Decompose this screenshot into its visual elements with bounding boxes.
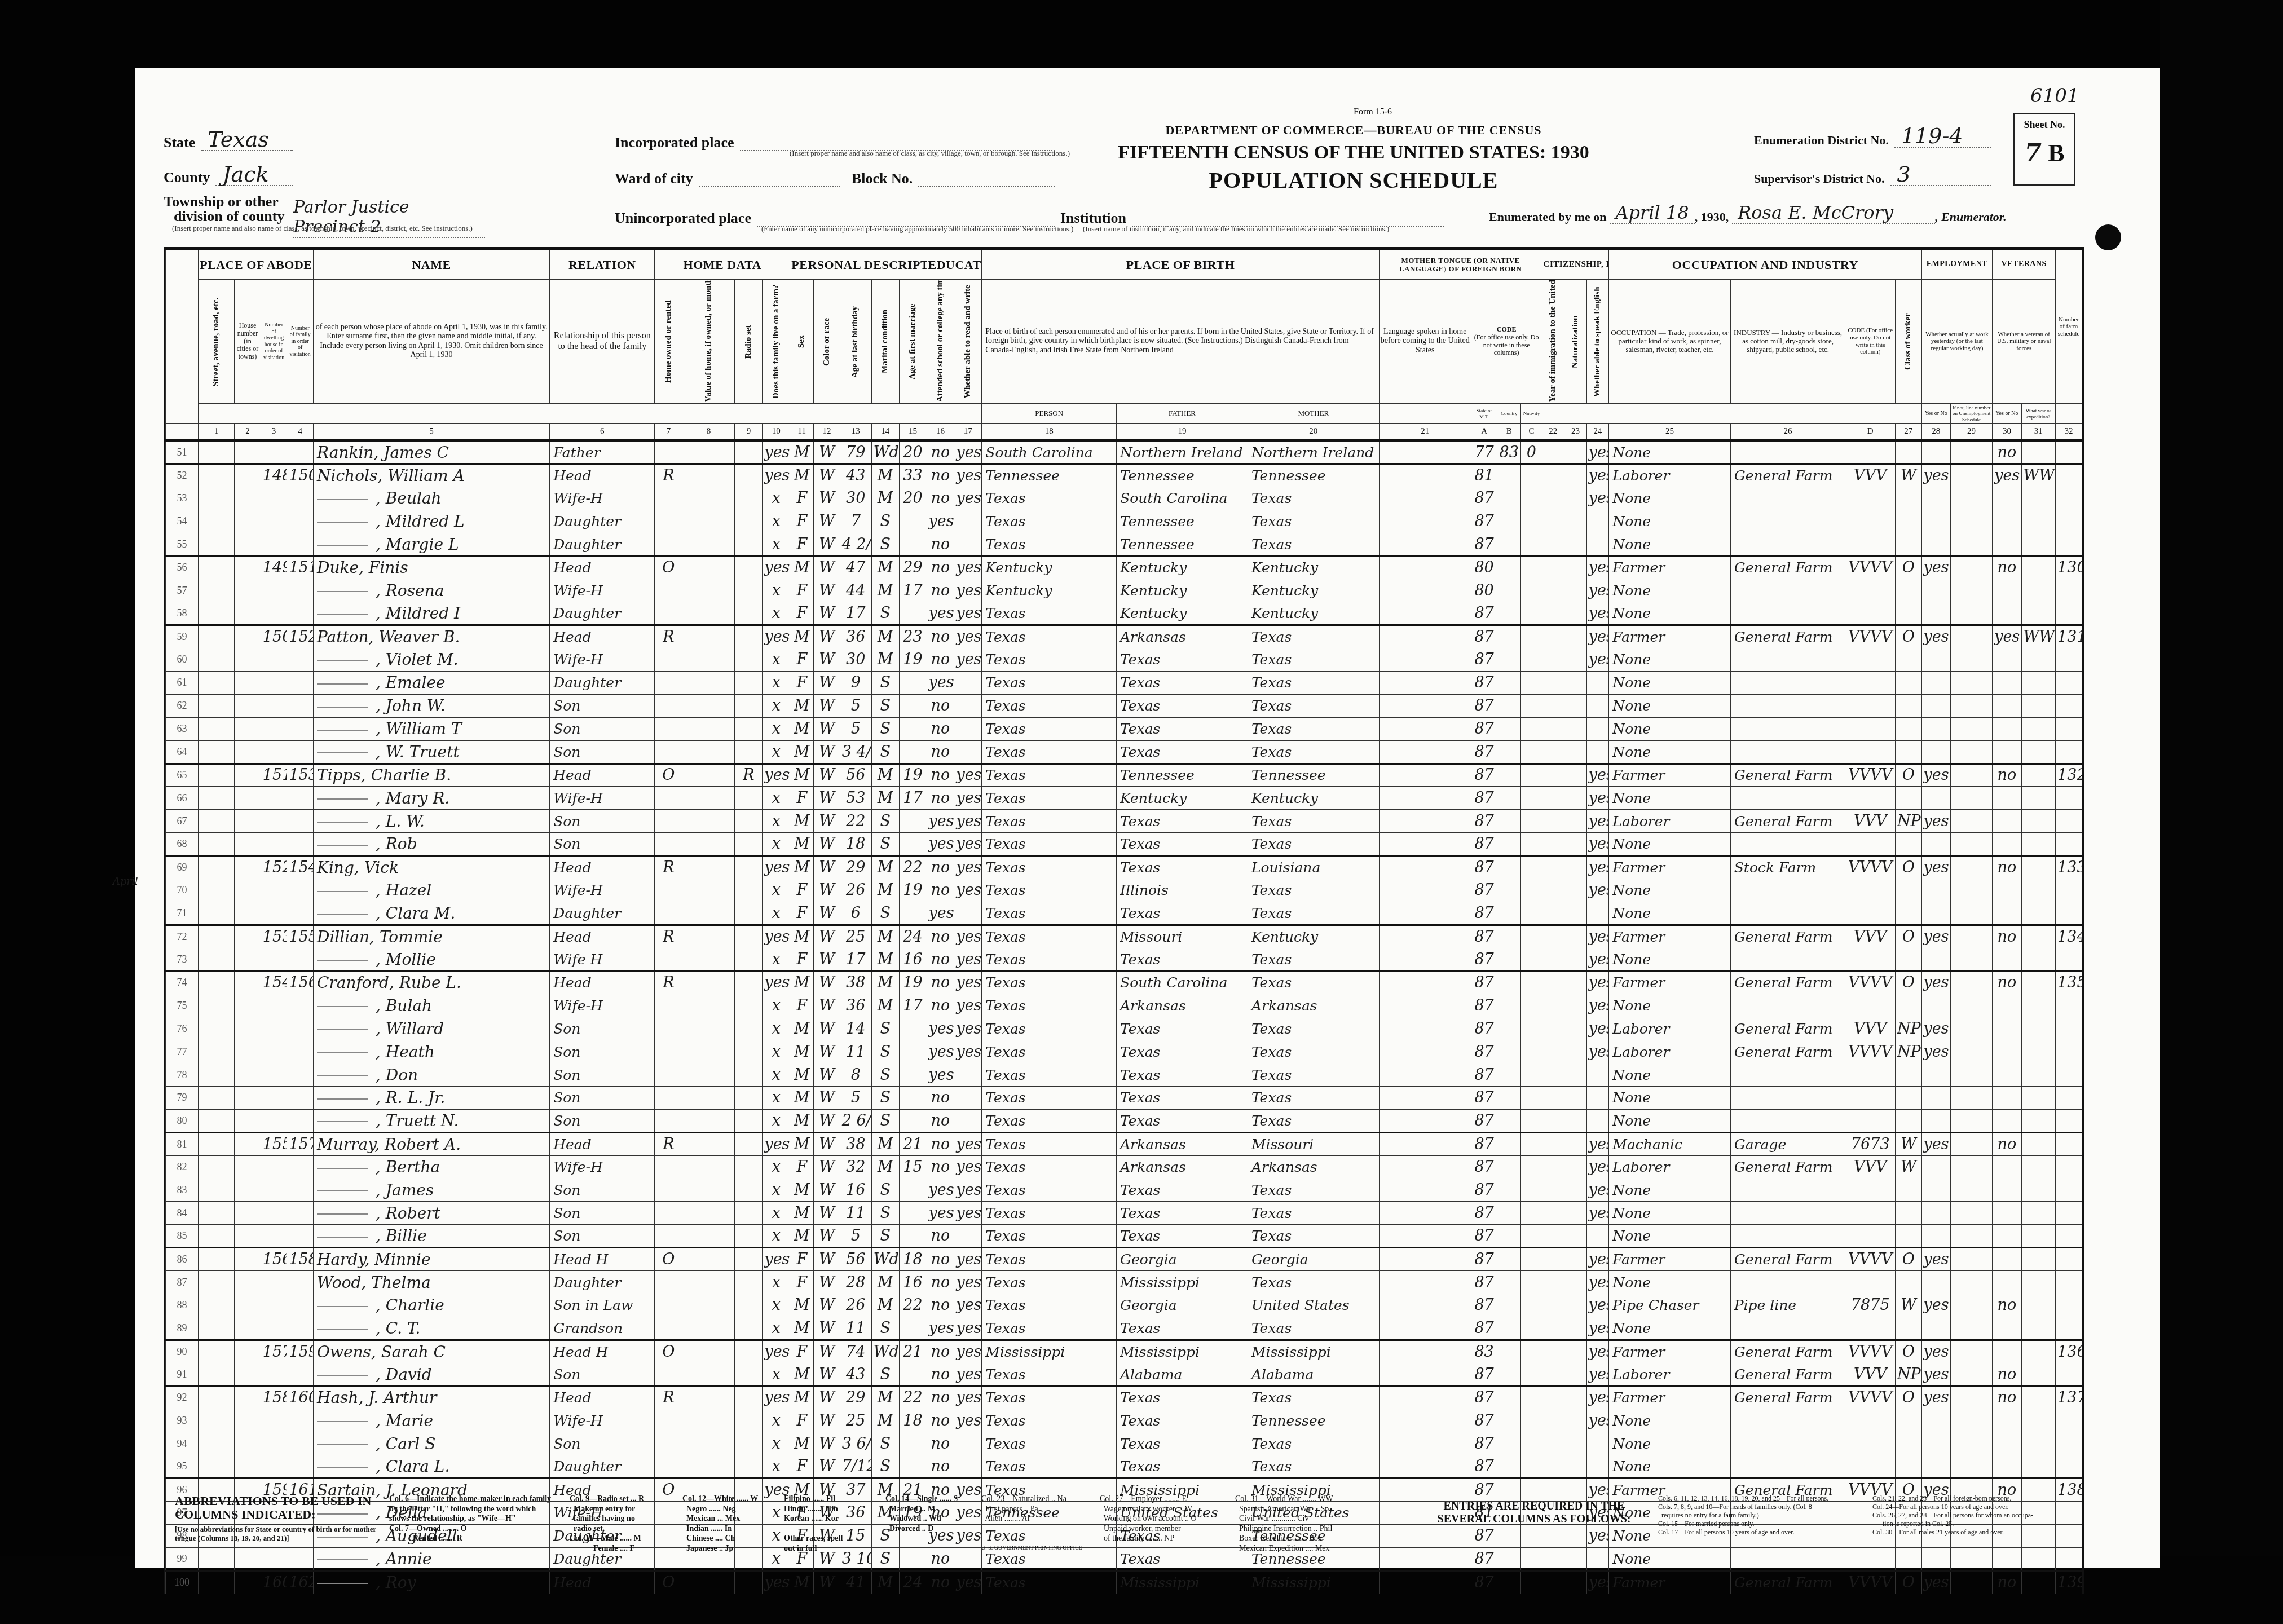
cell-sex: M bbox=[790, 464, 814, 487]
cell-codeC bbox=[1521, 1570, 1542, 1594]
cell-dw bbox=[261, 1432, 287, 1455]
cell-read: yes bbox=[954, 810, 982, 833]
cell-sex: M bbox=[790, 1570, 814, 1594]
cell-farmno bbox=[2056, 1040, 2082, 1063]
cell-occ_code: VVVV bbox=[1845, 625, 1895, 648]
cell-fbp: South Carolina bbox=[1117, 487, 1248, 510]
cell-eng: yes bbox=[1586, 1155, 1609, 1179]
cell-occ_code bbox=[1845, 994, 1895, 1017]
cell-bp: Texas bbox=[982, 1432, 1117, 1455]
cell-mbp: Texas bbox=[1248, 1063, 1379, 1087]
cell-own bbox=[655, 648, 682, 672]
cell-codeB bbox=[1497, 1179, 1521, 1202]
cell-occ_code: VVVV bbox=[1845, 1570, 1895, 1594]
cell-mbp: Texas bbox=[1248, 1225, 1379, 1248]
cell-occ: None bbox=[1609, 671, 1730, 694]
given-name: John W. bbox=[386, 696, 446, 715]
cell-mar: S bbox=[871, 810, 899, 833]
cell-mbp: Louisiana bbox=[1248, 856, 1379, 879]
abbr-col14: Col. 14—Single ...... S Married ... M Wi… bbox=[885, 1494, 958, 1534]
cell-occ: Farmer bbox=[1609, 925, 1730, 948]
cell-rel: Head bbox=[550, 1386, 655, 1409]
cell-ind bbox=[1730, 1409, 1845, 1432]
census-row: 59150152Patton, Weaver B.HeadRyesMW36M23… bbox=[166, 625, 2082, 648]
column-number: B bbox=[1497, 424, 1521, 441]
cell-vet bbox=[1993, 1086, 2021, 1109]
cell-sch: yes bbox=[927, 1017, 954, 1040]
line-number: 67 bbox=[166, 810, 199, 833]
cell-codeC bbox=[1521, 556, 1542, 579]
cell-farm: yes bbox=[763, 625, 790, 648]
cell-rel: Wife-H bbox=[550, 648, 655, 672]
cell-bp: Texas bbox=[982, 902, 1117, 925]
cell-sch: yes bbox=[927, 671, 954, 694]
cell-codeB bbox=[1497, 1570, 1521, 1594]
line-number: 87 bbox=[166, 1271, 199, 1294]
cell-codeB bbox=[1497, 1386, 1521, 1409]
cell-rel: Head bbox=[550, 1570, 655, 1594]
cell-rel: Daughter bbox=[550, 533, 655, 556]
cell-codeA: 87 bbox=[1471, 1409, 1497, 1432]
cell-eng: yes bbox=[1586, 1570, 1609, 1594]
cell-agem bbox=[899, 1109, 927, 1132]
cell-work: yes bbox=[1921, 1363, 1950, 1386]
cell-own bbox=[655, 1432, 682, 1455]
cell-farmno bbox=[2056, 1063, 2082, 1087]
cell-age: 3 4/12 bbox=[840, 740, 871, 764]
line-number: 80 bbox=[166, 1109, 199, 1132]
enumerated-date: April 18 bbox=[1610, 202, 1694, 224]
cell-fam: 153 bbox=[287, 764, 314, 787]
cell-fam bbox=[287, 1363, 314, 1386]
cell-fam bbox=[287, 879, 314, 902]
cell-age: 5 bbox=[840, 694, 871, 717]
cell-codeB bbox=[1497, 602, 1521, 625]
cell-occ_code: VVV bbox=[1845, 1155, 1895, 1179]
cell-cls bbox=[1895, 787, 1921, 810]
cell-sex: M bbox=[790, 1363, 814, 1386]
column-number: 22 bbox=[1542, 424, 1564, 441]
cell-occ_code: VVV bbox=[1845, 464, 1895, 487]
cell-farm: yes bbox=[763, 764, 790, 787]
cell-rel: Daughter bbox=[550, 902, 655, 925]
cell-war bbox=[2021, 1317, 2056, 1340]
cell-eng bbox=[1586, 902, 1609, 925]
cell-mar: S bbox=[871, 1040, 899, 1063]
cell-read: yes bbox=[954, 1155, 982, 1179]
given-name: Willard bbox=[386, 1020, 444, 1038]
cell-vet bbox=[1993, 740, 2021, 764]
cell-work bbox=[1921, 902, 1950, 925]
cell-codeC bbox=[1521, 1155, 1542, 1179]
cell-fbp: Texas bbox=[1117, 1017, 1248, 1040]
cell-sex: M bbox=[790, 717, 814, 740]
cell-own: R bbox=[655, 625, 682, 648]
cell-dw bbox=[261, 694, 287, 717]
county-field: County Jack bbox=[164, 164, 293, 186]
cell-race: W bbox=[814, 1040, 840, 1063]
cell-codeB bbox=[1497, 487, 1521, 510]
cell-read: yes bbox=[954, 579, 982, 602]
cell-read: yes bbox=[954, 764, 982, 787]
cell-sch: no bbox=[927, 464, 954, 487]
cell-fam bbox=[287, 717, 314, 740]
cell-war bbox=[2021, 1132, 2056, 1155]
cell-farm: x bbox=[763, 1271, 790, 1294]
cell-read: yes bbox=[954, 994, 982, 1017]
cell-war bbox=[2021, 879, 2056, 902]
cell-occ: None bbox=[1609, 487, 1730, 510]
cell-sex: M bbox=[790, 625, 814, 648]
cell-fam bbox=[287, 1063, 314, 1087]
group-place-of-birth: PLACE OF BIRTH bbox=[982, 250, 1379, 280]
cell-vet: yes bbox=[1993, 464, 2021, 487]
cell-farmno bbox=[2056, 487, 2082, 510]
ward-field: Ward of city bbox=[615, 165, 840, 187]
cell-mar: M bbox=[871, 556, 899, 579]
cell-ind: Stock Farm bbox=[1730, 856, 1845, 879]
cell-rel: Head bbox=[550, 625, 655, 648]
cell-codeA: 87 bbox=[1471, 625, 1497, 648]
given-name: Emalee bbox=[386, 673, 446, 692]
cell-mar: S bbox=[871, 1017, 899, 1040]
cell-eng: yes bbox=[1586, 994, 1609, 1017]
cell-bp: Texas bbox=[982, 1294, 1117, 1317]
line-number: 56 bbox=[166, 556, 199, 579]
cell-read: yes bbox=[954, 1132, 982, 1155]
cell-radio bbox=[735, 464, 763, 487]
census-rows: 51Rankin, James CFatheryesMW79Wd20noyesS… bbox=[166, 441, 2082, 1594]
given-name: Charlie B. bbox=[371, 766, 451, 784]
cell-codeC bbox=[1521, 694, 1542, 717]
column-number: 12 bbox=[814, 424, 840, 441]
cell-farmno bbox=[2056, 1317, 2082, 1340]
cell-sch: yes bbox=[927, 1202, 954, 1225]
cell-sex: F bbox=[790, 1155, 814, 1179]
cell-agem bbox=[899, 902, 927, 925]
cell-eng bbox=[1586, 1086, 1609, 1109]
cell-farmno bbox=[2056, 1248, 2082, 1271]
surname: Hash bbox=[317, 1388, 359, 1407]
cell-mar: S bbox=[871, 1179, 899, 1202]
cell-mar: M bbox=[871, 464, 899, 487]
cell-mar: S bbox=[871, 1363, 899, 1386]
cell-codeA: 87 bbox=[1471, 1132, 1497, 1155]
cell-codeC bbox=[1521, 1455, 1542, 1479]
cell-codeB bbox=[1497, 994, 1521, 1017]
cell-own bbox=[655, 1155, 682, 1179]
cell-cls bbox=[1895, 1271, 1921, 1294]
cell-cls bbox=[1895, 533, 1921, 556]
cell-work: yes bbox=[1921, 1248, 1950, 1271]
cell-work bbox=[1921, 694, 1950, 717]
cell-fam bbox=[287, 1202, 314, 1225]
cell-radio bbox=[735, 1271, 763, 1294]
cell-mar: Wd bbox=[871, 441, 899, 464]
cell-age: 36 bbox=[840, 625, 871, 648]
person-name: , Charlie bbox=[313, 1294, 549, 1317]
enumerated-line: Enumerated by me on April 18 , 1930, Ros… bbox=[1489, 202, 2007, 224]
cell-bp: Kentucky bbox=[982, 579, 1117, 602]
cell-fam: 151 bbox=[287, 556, 314, 579]
cell-vet bbox=[1993, 1179, 2021, 1202]
cell-work: yes bbox=[1921, 856, 1950, 879]
cell-rel: Son bbox=[550, 740, 655, 764]
cell-occ_code bbox=[1845, 740, 1895, 764]
cell-age: 5 bbox=[840, 1225, 871, 1248]
cell-farm: yes bbox=[763, 464, 790, 487]
cell-ind: General Farm bbox=[1730, 1363, 1845, 1386]
cell-codeB bbox=[1497, 510, 1521, 533]
cell-occ: None bbox=[1609, 787, 1730, 810]
line-number: 91 bbox=[166, 1363, 199, 1386]
cell-own bbox=[655, 1409, 682, 1432]
cell-radio bbox=[735, 1155, 763, 1179]
cell-occ: None bbox=[1609, 1455, 1730, 1479]
cell-farmno bbox=[2056, 1155, 2082, 1179]
cell-vet: no bbox=[1993, 556, 2021, 579]
cell-race: W bbox=[814, 694, 840, 717]
person-name: , Mary R. bbox=[313, 787, 549, 810]
cell-work bbox=[1921, 533, 1950, 556]
cell-war bbox=[2021, 856, 2056, 879]
cell-farm: x bbox=[763, 740, 790, 764]
cell-agem: 17 bbox=[899, 994, 927, 1017]
cell-fam bbox=[287, 579, 314, 602]
cell-mbp: Missouri bbox=[1248, 1132, 1379, 1155]
cell-farm: x bbox=[763, 833, 790, 856]
census-row: 78, DonSonxMW8SyesTexasTexasTexas87None bbox=[166, 1063, 2082, 1087]
cell-farmno bbox=[2056, 510, 2082, 533]
cell-age: 30 bbox=[840, 487, 871, 510]
cell-fam bbox=[287, 1225, 314, 1248]
cell-codeB bbox=[1497, 1086, 1521, 1109]
cell-fam: 162 bbox=[287, 1570, 314, 1594]
cell-cls: W bbox=[1895, 1155, 1921, 1179]
cell-occ: Laborer bbox=[1609, 1040, 1730, 1063]
cell-codeA: 87 bbox=[1471, 1432, 1497, 1455]
cell-sch: no bbox=[927, 764, 954, 787]
cell-race: W bbox=[814, 1409, 840, 1432]
cell-ind: General Farm bbox=[1730, 1248, 1845, 1271]
cell-age: 9 bbox=[840, 671, 871, 694]
cell-fam: 155 bbox=[287, 925, 314, 948]
cell-codeB bbox=[1497, 579, 1521, 602]
cell-sch: yes bbox=[927, 1040, 954, 1063]
cell-sch: no bbox=[927, 1155, 954, 1179]
cell-cls bbox=[1895, 648, 1921, 672]
cell-occ_code bbox=[1845, 510, 1895, 533]
cell-dw bbox=[261, 1225, 287, 1248]
cell-farm: yes bbox=[763, 441, 790, 464]
cell-occ_code bbox=[1845, 902, 1895, 925]
cell-radio bbox=[735, 856, 763, 879]
cell-sex: M bbox=[790, 694, 814, 717]
cell-fbp: Mississippi bbox=[1117, 1570, 1248, 1594]
cell-work bbox=[1921, 994, 1950, 1017]
punch-hole bbox=[2095, 224, 2121, 250]
given-name: Don bbox=[386, 1066, 418, 1084]
cell-occ_code bbox=[1845, 1455, 1895, 1479]
cell-race: W bbox=[814, 1155, 840, 1179]
cell-rel: Son bbox=[550, 1179, 655, 1202]
ditto-dash bbox=[317, 1467, 368, 1468]
cell-work bbox=[1921, 1155, 1950, 1179]
cell-mbp: Texas bbox=[1248, 1386, 1379, 1409]
cell-read bbox=[954, 740, 982, 764]
cell-ind: General Farm bbox=[1730, 556, 1845, 579]
cell-farmno bbox=[2056, 464, 2082, 487]
ditto-dash bbox=[317, 798, 368, 800]
cell-codeC bbox=[1521, 487, 1542, 510]
cell-war bbox=[2021, 1294, 2056, 1317]
department-title: DEPARTMENT OF COMMERCE—BUREAU OF THE CEN… bbox=[1105, 123, 1602, 138]
cell-dw: 153 bbox=[261, 925, 287, 948]
cell-farmno bbox=[2056, 1225, 2082, 1248]
cell-rel: Head bbox=[550, 764, 655, 787]
cell-occ_code bbox=[1845, 671, 1895, 694]
cell-rel: Grandson bbox=[550, 1317, 655, 1340]
cell-codeB bbox=[1497, 464, 1521, 487]
cell-work bbox=[1921, 1455, 1950, 1479]
person-name: , Beulah bbox=[313, 487, 549, 510]
cell-eng: yes bbox=[1586, 856, 1609, 879]
cell-bp: Texas bbox=[982, 994, 1117, 1017]
census-title: FIFTEENTH CENSUS OF THE UNITED STATES: 1… bbox=[1105, 142, 1602, 164]
cell-read bbox=[954, 1225, 982, 1248]
cell-age: 53 bbox=[840, 787, 871, 810]
cell-sex: M bbox=[790, 1063, 814, 1087]
census-row: 84, RobertSonxMW11SyesyesTexasTexasTexas… bbox=[166, 1202, 2082, 1225]
cell-own bbox=[655, 717, 682, 740]
cell-sex: M bbox=[790, 1109, 814, 1132]
cell-agem bbox=[899, 717, 927, 740]
column-number: 32 bbox=[2056, 424, 2082, 441]
cell-codeB bbox=[1497, 1455, 1521, 1479]
cell-vet bbox=[1993, 948, 2021, 971]
line-number: 88 bbox=[166, 1294, 199, 1317]
cell-mbp: Texas bbox=[1248, 740, 1379, 764]
ditto-dash bbox=[317, 614, 368, 615]
cell-own bbox=[655, 740, 682, 764]
cell-vet bbox=[1993, 1317, 2021, 1340]
cell-sex: M bbox=[790, 556, 814, 579]
cell-mar: M bbox=[871, 1409, 899, 1432]
census-row: 76, WillardSonxMW14SyesyesTexasTexasTexa… bbox=[166, 1017, 2082, 1040]
cell-farm: x bbox=[763, 533, 790, 556]
column-number: 3 bbox=[261, 424, 287, 441]
cell-occ: Laborer bbox=[1609, 1017, 1730, 1040]
cell-fbp: Texas bbox=[1117, 810, 1248, 833]
cell-farm: yes bbox=[763, 1570, 790, 1594]
cell-mbp: Kentucky bbox=[1248, 602, 1379, 625]
surname: Hardy bbox=[317, 1250, 365, 1269]
cell-agem bbox=[899, 1063, 927, 1087]
cell-mar: M bbox=[871, 994, 899, 1017]
cell-fam bbox=[287, 948, 314, 971]
cell-work: yes bbox=[1921, 464, 1950, 487]
cell-vet bbox=[1993, 902, 2021, 925]
cell-occ: None bbox=[1609, 648, 1730, 672]
cell-work bbox=[1921, 948, 1950, 971]
cell-race: W bbox=[814, 1317, 840, 1340]
cell-codeA: 87 bbox=[1471, 810, 1497, 833]
cell-mbp: Mississippi bbox=[1248, 1570, 1379, 1594]
cell-agem: 20 bbox=[899, 441, 927, 464]
ditto-dash bbox=[317, 1075, 368, 1076]
cell-own bbox=[655, 1179, 682, 1202]
cell-occ_code bbox=[1845, 1271, 1895, 1294]
cell-radio bbox=[735, 556, 763, 579]
cell-fam bbox=[287, 740, 314, 764]
ditto-dash bbox=[317, 1168, 368, 1169]
cell-race: W bbox=[814, 764, 840, 787]
cell-fam bbox=[287, 694, 314, 717]
cell-codeA: 87 bbox=[1471, 856, 1497, 879]
cell-farm: x bbox=[763, 579, 790, 602]
cell-ind bbox=[1730, 1317, 1845, 1340]
cell-codeA: 87 bbox=[1471, 717, 1497, 740]
cell-age: 29 bbox=[840, 1386, 871, 1409]
cell-sex: F bbox=[790, 879, 814, 902]
cell-ind: General Farm bbox=[1730, 1155, 1845, 1179]
group-place-of-abode: PLACE OF ABODE bbox=[199, 250, 314, 280]
cell-vet bbox=[1993, 1202, 2021, 1225]
cell-occ: None bbox=[1609, 717, 1730, 740]
cell-race: W bbox=[814, 787, 840, 810]
cell-own: R bbox=[655, 856, 682, 879]
person-name: , Mollie bbox=[313, 948, 549, 971]
cell-farm: x bbox=[763, 1017, 790, 1040]
cell-bp: Texas bbox=[982, 1179, 1117, 1202]
cell-sex: F bbox=[790, 1455, 814, 1479]
cell-eng: yes bbox=[1586, 1363, 1609, 1386]
cell-farmno bbox=[2056, 1086, 2082, 1109]
cell-codeC bbox=[1521, 787, 1542, 810]
line-number: 92 bbox=[166, 1386, 199, 1409]
cell-read: yes bbox=[954, 602, 982, 625]
cell-vet: no bbox=[1993, 441, 2021, 464]
cell-dw bbox=[261, 948, 287, 971]
cell-farmno: 134 bbox=[2056, 925, 2082, 948]
given-name: Minnie bbox=[374, 1250, 430, 1269]
cell-codeB bbox=[1497, 533, 1521, 556]
line-number: 93 bbox=[166, 1409, 199, 1432]
cell-work bbox=[1921, 717, 1950, 740]
cell-race: W bbox=[814, 740, 840, 764]
line-number: 94 bbox=[166, 1432, 199, 1455]
cell-age: 36 bbox=[840, 994, 871, 1017]
cell-age: 7 bbox=[840, 510, 871, 533]
cell-farmno: 133 bbox=[2056, 856, 2082, 879]
cell-sex: M bbox=[790, 764, 814, 787]
cell-sex: F bbox=[790, 1409, 814, 1432]
column-number: 7 bbox=[655, 424, 682, 441]
given-name: Violet M. bbox=[386, 650, 459, 669]
cell-read: yes bbox=[954, 1202, 982, 1225]
cell-war bbox=[2021, 994, 2056, 1017]
cell-sex: M bbox=[790, 441, 814, 464]
cell-codeB: 83 bbox=[1497, 441, 1521, 464]
cell-vet bbox=[1993, 1455, 2021, 1479]
cell-race: W bbox=[814, 1132, 840, 1155]
cell-dw bbox=[261, 740, 287, 764]
cell-eng: yes bbox=[1586, 1386, 1609, 1409]
group-employment: EMPLOYMENT bbox=[1921, 250, 1993, 280]
population-schedule-table: PLACE OF ABODE NAME RELATION HOME DATA P… bbox=[164, 247, 2084, 1594]
cell-work bbox=[1921, 1432, 1950, 1455]
cell-age: 3 6/12 bbox=[840, 1432, 871, 1455]
